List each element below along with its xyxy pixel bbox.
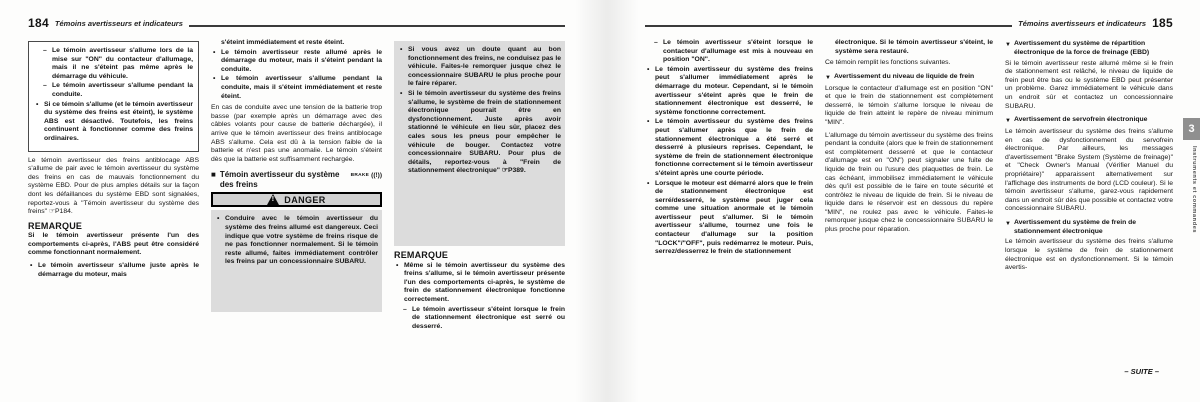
paragraph-fluid-1: Lorsque le contacteur d'allumage est en … [825,85,993,128]
subsection-heading-epb: ▼ Avertissement du système de frein de s… [1005,219,1173,237]
subsection-heading-fluid-level: ▼ Avertissement du niveau de liquide de … [825,73,993,83]
paragraph-servo: Le témoin avertisseur du système des fre… [1005,128,1173,214]
right-page-columns: Le témoin avertisseur s'éteint lorsque l… [645,39,1173,375]
danger-banner: DANGER [211,192,382,207]
brake-warning-lamp-icons: BRAKE ((!)) [351,170,382,181]
danger-body: Conduire avec le témoin avertisseur du s… [211,210,382,312]
paragraph-functions-intro: Ce témoin remplit les fonctions suivante… [825,59,993,68]
triangle-down-icon: ▼ [1005,219,1011,237]
list-item: Le témoin avertisseur s'allume lors de l… [43,47,193,81]
list-item: Le témoin avertisseur reste allumé après… [211,49,382,75]
list-item: Le témoin avertisseur du système des fre… [645,66,813,118]
triangle-down-icon: ▼ [825,73,831,83]
chapter-tab-label: Instruments et commandes [1191,146,1197,233]
list-item: Le témoin avertisseur s'allume juste apr… [28,262,199,279]
subsection-title: Avertissement de servofrein électronique [1014,116,1173,126]
header-rule [189,25,565,27]
page-185: Témoins avertisseurs et indicateurs 185 … [645,14,1173,375]
list-item: Le témoin avertisseur s'éteint lorsque l… [403,306,565,332]
paragraph-fluid-2: L'allumage du témoin avertisseur du syst… [825,132,993,235]
triangle-down-icon: ▼ [1005,40,1011,58]
right-column-1: Le témoin avertisseur s'éteint lorsque l… [645,39,813,375]
brake-text-icon: BRAKE [351,171,370,181]
continued-text: s'éteint immédiatement et reste éteint. [211,39,382,48]
chapter-tab-number: 3 [1183,118,1200,140]
page-title: Témoins avertisseurs et indicateurs [1018,19,1146,28]
paragraph-ebd: Si le témoin avertisseur reste allumé mê… [1005,60,1173,112]
remarque-intro: Si le témoin avertisseur présente l'un d… [28,232,199,258]
list-item: Le témoin avertisseur s'allume pendant l… [211,75,382,101]
list-item: Lorsque le moteur est démarré alors que … [645,180,813,257]
paragraph-abs-ebd: Le témoin avertisseur des freins antiblo… [28,157,199,217]
list-item: Le témoin avertisseur du système des fre… [645,118,813,178]
subsection-title: Avertissement du système de répartition … [1014,40,1173,58]
section-marker-icon: ■ [211,170,216,180]
section-heading-brake-warning: ■ Témoin avertisseur du système des frei… [211,170,382,189]
right-column-2: électronique. Si le témoin avertisseur s… [825,39,993,375]
continued-text: électronique. Si le témoin avertisseur s… [825,39,993,56]
danger-body-continued: Si vous avez un doute quant au bon fonct… [394,41,565,246]
paragraph-epb: Le témoin avertisseur du système des fre… [1005,238,1173,272]
list-item: Même si le témoin avertisseur du système… [394,262,565,305]
right-column-3: ▼ Avertissement du système de répartitio… [1005,39,1173,375]
subsection-heading-ebd: ▼ Avertissement du système de répartitio… [1005,40,1173,58]
section-title: Témoin avertisseur du système des freins [220,170,347,189]
remarque-heading: REMARQUE [28,222,199,231]
list-item: Conduire avec le témoin avertisseur du s… [215,215,378,267]
page-number: 184 [28,16,49,30]
owners-manual-spread: 184 Témoins avertisseurs et indicateurs … [0,0,1200,402]
subsection-title: Avertissement du système de frein de sta… [1014,219,1173,237]
brake-lamp-icon: ((!)) [371,171,382,181]
list-item: Si ce témoin s'allume (et le témoin aver… [34,101,193,144]
continuation-footer: – SUITE – [1124,367,1159,376]
page-title: Témoins avertisseurs et indicateurs [55,19,183,28]
page-header-left: 184 Témoins avertisseurs et indicateurs [28,14,565,32]
left-column-2: s'éteint immédiatement et reste éteint. … [211,39,382,375]
warning-triangle-icon [267,194,279,205]
left-column-1: Le témoin avertisseur s'allume lors de l… [28,39,199,375]
page-fold-shadow [575,0,639,402]
page-header-right: Témoins avertisseurs et indicateurs 185 [645,14,1173,32]
paragraph-battery: En cas de conduite avec une tension de l… [211,104,382,164]
warning-behavior-box: Le témoin avertisseur s'allume lors de l… [28,41,199,152]
list-item: Le témoin avertisseur s'éteint lorsque l… [654,39,813,65]
page-184: 184 Témoins avertisseurs et indicateurs … [28,14,565,375]
list-item: Le témoin avertisseur s'allume pendant l… [43,82,193,99]
triangle-down-icon: ▼ [1005,116,1011,126]
list-item: Si le témoin avertisseur du système des … [398,90,561,176]
left-page-columns: Le témoin avertisseur s'allume lors de l… [28,39,565,375]
remarque-heading: REMARQUE [394,251,565,260]
page-number: 185 [1152,16,1173,30]
left-column-3: Si vous avez un doute quant au bon fonct… [394,39,565,375]
list-item: Si vous avez un doute quant au bon fonct… [398,46,561,89]
subsection-title: Avertissement du niveau de liquide de fr… [834,73,993,83]
subsection-heading-servo: ▼ Avertissement de servofrein électroniq… [1005,116,1173,126]
header-rule [645,25,1012,27]
danger-label: DANGER [284,196,325,205]
